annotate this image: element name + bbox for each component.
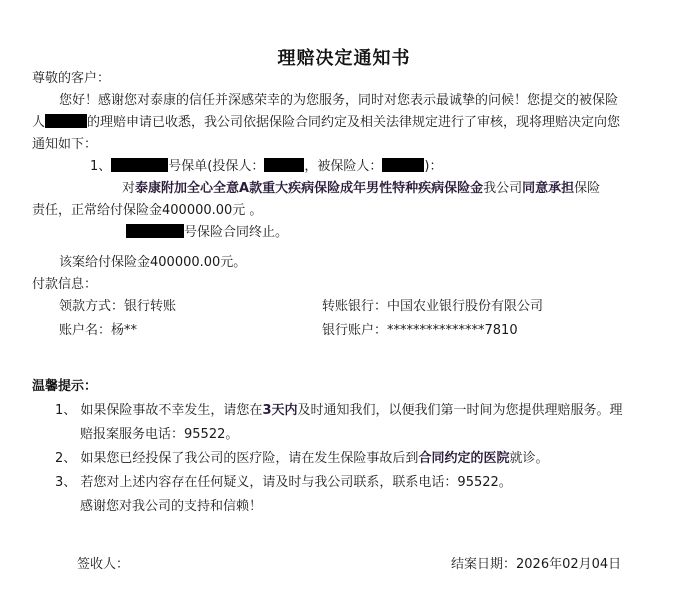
redacted-policy-number [111,158,168,172]
decision-line-2: 责任，正常给付保险金400000.00元 。 [32,202,262,220]
transfer-bank-label: 转账银行： [322,299,387,314]
payment-method-label: 领款方式： [59,299,124,314]
payment-method: 领款方式：银行转账 [59,298,176,316]
greeting: 尊敬的客户： [32,70,110,88]
tip-text: 及时通知我们，以便我们第一时间为您提供理赔服务。理 [297,403,622,418]
tip-text: 就诊。 [509,451,548,466]
intro-line-3: 通知如下： [32,136,97,154]
tip-item-1-line-2: 赔报案服务电话：95522。 [80,426,238,444]
close-date-value: 2026年02月04日 [516,557,621,572]
account-name-label: 账户名： [59,323,111,338]
decision-line-1: 对泰康附加全心全意A款重大疾病保险成年男性特种疾病保险金我公司同意承担保险 [122,180,600,198]
transfer-bank-value: 中国农业银行股份有限公司 [387,299,543,314]
intro-suffix: 的理赔申请已收悉，我公司依据保险合同约定及相关法律规定进行了审核，现将理赔决定向… [87,115,620,130]
policy-close: )： [424,159,442,174]
account-name: 账户名：杨** [59,322,137,340]
intro-line-2: 人的理赔申请已收悉，我公司依据保险合同约定及相关法律规定进行了审核，现将理赔决定… [32,114,620,132]
tip-number: 3、 [55,475,76,490]
tip-text: 如果保险事故不幸发生，请您在 [80,403,262,418]
tip-bold: 3天内 [262,403,297,418]
redacted-insured-name-2 [382,158,424,172]
intro-prefix: 人 [32,115,45,130]
termination-line: 号保险合同终止。 [126,224,288,242]
summary-line: 该案给付保险金400000.00元。 [59,254,246,272]
bank-account: 银行账户：***************7810 [322,322,518,340]
document-title: 理赔决定通知书 [0,44,688,70]
decision-suffix: 保险 [574,181,600,196]
signer-label: 签收人： [77,556,129,574]
bank-account-value: ***************7810 [387,323,518,338]
thanks-line: 感谢您对我公司的支持和信赖！ [80,498,262,516]
tip-bold: 合同约定的医院 [418,451,509,466]
policy-item: 1、号保单(投保人：，被保险人：)： [90,158,442,176]
close-date: 结案日期：2026年02月04日 [451,556,621,574]
policy-suffix: 号保单(投保人： [168,159,264,174]
tips-heading: 温馨提示： [32,378,97,396]
policy-item-number: 1、 [90,159,111,174]
decision-middle: 我公司 [483,181,522,196]
redacted-applicant-name [264,158,304,172]
decision-prefix: 对 [122,181,135,196]
tip-text: 如果您已经投保了我公司的医疗险，请在发生保险事故后到 [80,451,418,466]
transfer-bank: 转账银行：中国农业银行股份有限公司 [322,298,543,316]
redacted-insured-name [45,114,87,128]
redacted-contract-number [126,224,184,238]
insured-label: ，被保险人： [304,159,382,174]
termination-suffix: 号保险合同终止。 [184,225,288,240]
payment-heading: 付款信息： [32,276,97,294]
product-name: 泰康附加全心全意A款重大疾病保险成年男性特种疾病保险金 [135,181,483,196]
intro-line-1: 您好！感谢您对泰康的信任并深感荣幸的为您服务，同时对您表示最诚挚的问候！您提交的… [59,92,618,110]
decision-agreement: 同意承担 [522,181,574,196]
tip-item-3: 3、 若您对上述内容存在任何疑义，请及时与我公司联系，联系电话：95522。 [55,474,512,492]
tip-item-2: 2、 如果您已经投保了我公司的医疗险，请在发生保险事故后到合同约定的医院就诊。 [55,450,548,468]
payment-method-value: 银行转账 [124,299,176,314]
tip-number: 2、 [55,451,76,466]
account-name-value: 杨** [111,323,137,338]
tip-item-1: 1、 如果保险事故不幸发生，请您在3天内及时通知我们，以便我们第一时间为您提供理… [55,402,623,420]
bank-account-label: 银行账户： [322,323,387,338]
tip-text: 若您对上述内容存在任何疑义，请及时与我公司联系，联系电话：95522。 [80,475,511,490]
tip-number: 1、 [55,403,76,418]
close-date-label: 结案日期： [451,557,516,572]
